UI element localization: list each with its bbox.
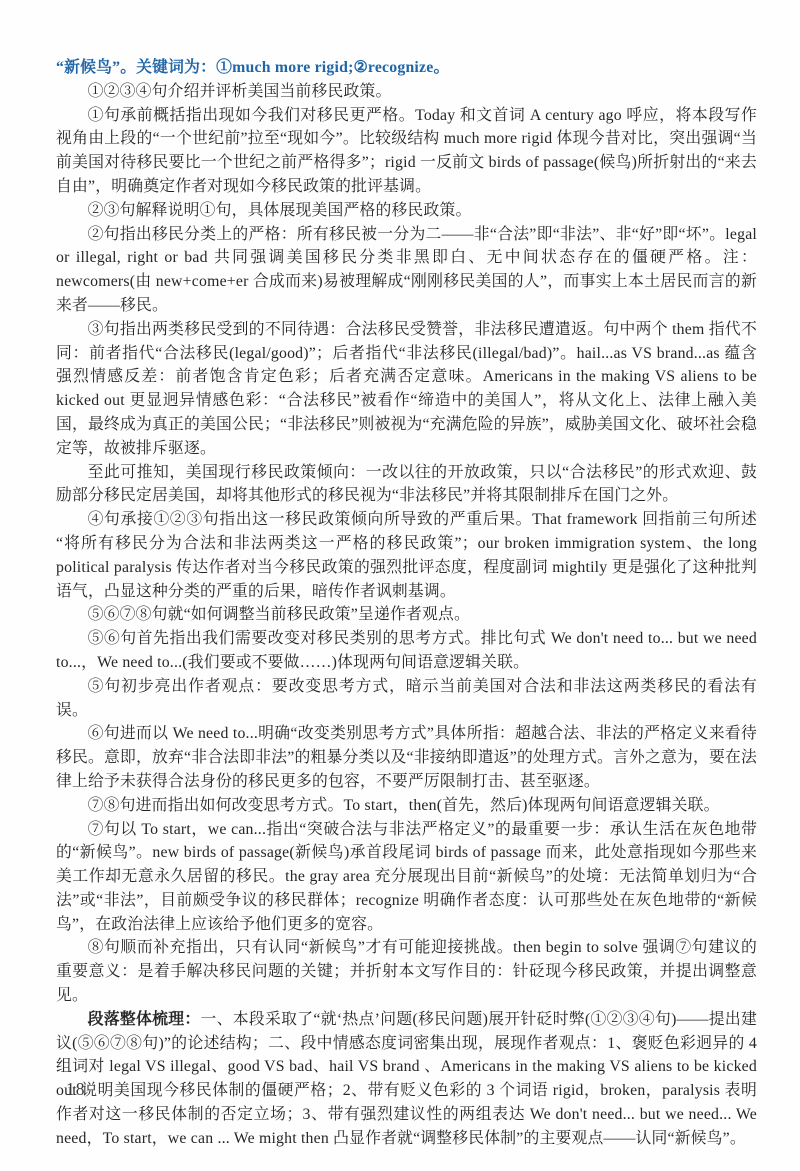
analysis-paragraph: 段落整体梳理：一、本段采取了“就‘热点’问题(移民问题)展开针砭时弊(①②③④句… — [56, 1008, 757, 1151]
analysis-paragraph: ②③句解释说明①句，具体展现美国严格的移民政策。 — [56, 199, 757, 223]
analysis-paragraph: ⑦⑧句进而指出如何改变思考方式。To start，then(首先，然后)体现两句… — [56, 794, 757, 818]
paragraph-text: ②句指出移民分类上的严格：所有移民被一分为二——非“合法”即“非法”、非“好”即… — [56, 226, 757, 314]
analysis-paragraph: ⑧句顺而补充指出，只有认同“新候鸟”才有可能迎接挑战。then begin to… — [56, 936, 757, 1007]
analysis-paragraph: ④句承接①②③句指出这一移民政策倾向所导致的严重后果。That framewor… — [56, 508, 757, 603]
paragraph-text: ⑦⑧句进而指出如何改变思考方式。To start，then(首先，然后)体现两句… — [88, 797, 720, 814]
paragraph-text: ⑤⑥⑦⑧句就“如何调整当前移民政策”呈递作者观点。 — [88, 606, 470, 623]
analysis-paragraph: ②句指出移民分类上的严格：所有移民被一分为二——非“合法”即“非法”、非“好”即… — [56, 223, 757, 318]
analysis-paragraph: ①句承前概括指出现如今我们对移民更严格。Today 和文首词 A century… — [56, 104, 757, 199]
paragraph-text: ⑥句进而以 We need to...明确“改变类别思考方式”具体所指：超越合法… — [56, 725, 757, 790]
analysis-paragraph: ⑤⑥句首先指出我们需要改变对移民类别的思考方式。排比句式 We don't ne… — [56, 627, 757, 675]
analysis-paragraph: ①②③④句介绍并评析美国当前移民政策。 — [56, 80, 757, 104]
analysis-body: “新候鸟”。关键词为：①much more rigid;②recognize。①… — [56, 56, 757, 1151]
paragraph-text: ⑦句以 To start，we can...指出“突破合法与非法严格定义”的最重… — [56, 821, 757, 933]
paragraph-text: “新候鸟”。关键词为：①much more rigid;②recognize。 — [56, 59, 449, 76]
analysis-paragraph: ⑤⑥⑦⑧句就“如何调整当前移民政策”呈递作者观点。 — [56, 603, 757, 627]
analysis-paragraph: ③句指出两类移民受到的不同待遇：合法移民受赞誉，非法移民遭遣返。句中两个 the… — [56, 318, 757, 461]
paragraph-text: ②③句解释说明①句，具体展现美国严格的移民政策。 — [88, 202, 472, 219]
analysis-paragraph: ⑤句初步亮出作者观点：要改变思考方式，暗示当前美国对合法和非法这两类移民的看法有… — [56, 675, 757, 723]
paragraph-text: ①句承前概括指出现如今我们对移民更严格。Today 和文首词 A century… — [56, 107, 757, 195]
paragraph-text: ③句指出两类移民受到的不同待遇：合法移民受赞誉，非法移民遭遣返。句中两个 the… — [56, 321, 757, 457]
paragraph-text: 至此可推知，美国现行移民政策倾向：一改以往的开放政策，只以“合法移民”的形式欢迎… — [56, 464, 757, 505]
analysis-paragraph: ⑦句以 To start，we can...指出“突破合法与非法严格定义”的最重… — [56, 818, 757, 937]
paragraph-text: ⑤⑥句首先指出我们需要改变对移民类别的思考方式。排比句式 We don't ne… — [56, 630, 757, 671]
paragraph-text: ⑤句初步亮出作者观点：要改变思考方式，暗示当前美国对合法和非法这两类移民的看法有… — [56, 678, 757, 719]
scanned-book-page: “新候鸟”。关键词为：①much more rigid;②recognize。①… — [0, 0, 800, 1171]
keyword-lead-line: “新候鸟”。关键词为：①much more rigid;②recognize。 — [56, 56, 757, 80]
paragraph-text: ①②③④句介绍并评析美国当前移民政策。 — [88, 83, 392, 100]
paragraph-bold-lead: 段落整体梳理： — [88, 1011, 201, 1028]
analysis-paragraph: 至此可推知，美国现行移民政策倾向：一改以往的开放政策，只以“合法移民”的形式欢迎… — [56, 461, 757, 509]
paragraph-text: 一、本段采取了“就‘热点’问题(移民问题)展开针砭时弊(①②③④句)——提出建议… — [56, 1011, 757, 1147]
analysis-paragraph: ⑥句进而以 We need to...明确“改变类别思考方式”具体所指：超越合法… — [56, 722, 757, 793]
paragraph-text: ④句承接①②③句指出这一移民政策倾向所导致的严重后果。That framewor… — [56, 511, 757, 599]
page-number: 18 — [66, 1079, 86, 1100]
paragraph-text: ⑧句顺而补充指出，只有认同“新候鸟”才有可能迎接挑战。then begin to… — [56, 939, 757, 1004]
